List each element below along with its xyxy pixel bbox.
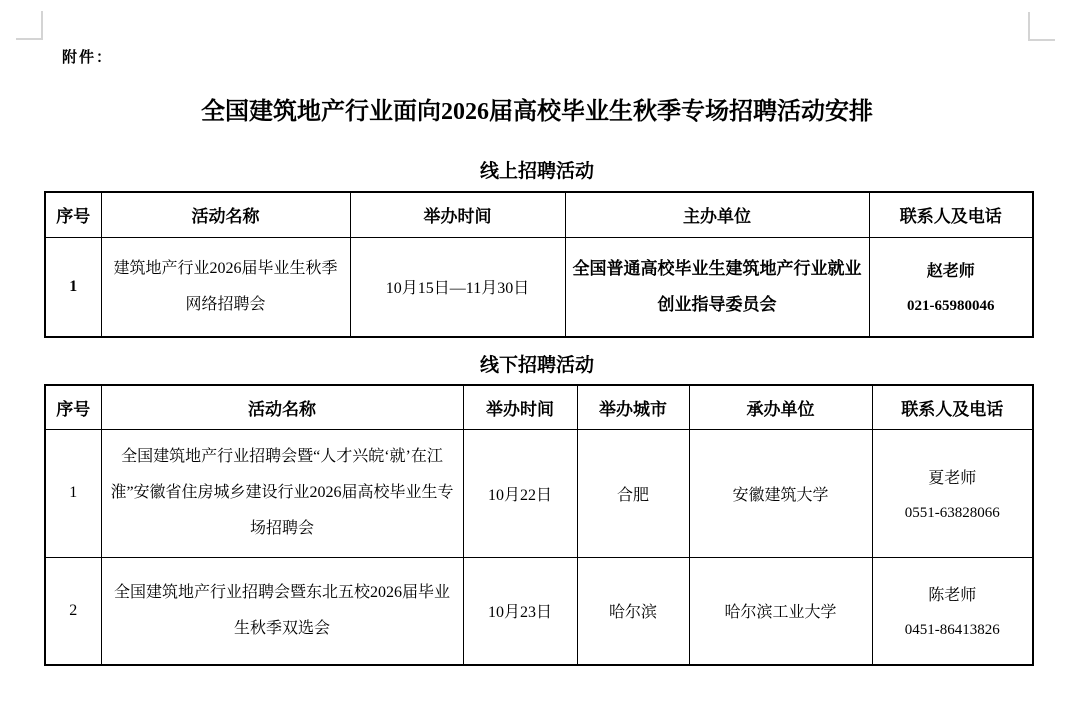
offline-row-time: 10月22日 bbox=[463, 429, 577, 557]
document-title: 全国建筑地产行业面向2026届高校毕业生秋季专场招聘活动安排 bbox=[0, 91, 1074, 126]
offline-row-time: 10月23日 bbox=[463, 557, 577, 665]
contact-name: 赵老师 bbox=[876, 258, 1027, 281]
offline-header-serial: 序号 bbox=[45, 385, 101, 429]
online-table-row: 1 建筑地产行业2026届毕业生秋季网络招聘会 10月15日—11月30日 全国… bbox=[45, 237, 1033, 337]
offline-row-activity-name: 全国建筑地产行业招聘会暨“人才兴皖‘就’在江淮”安徽省住房城乡建设行业2026届… bbox=[101, 429, 463, 557]
offline-table-row: 2 全国建筑地产行业招聘会暨东北五校2026届毕业生秋季双选会 10月23日 哈… bbox=[45, 557, 1033, 665]
contact-phone: 0451-86413826 bbox=[879, 622, 1027, 639]
offline-header-time: 举办时间 bbox=[463, 385, 577, 429]
online-header-time: 举办时间 bbox=[350, 192, 565, 237]
attachment-label: 附件： bbox=[62, 46, 1074, 67]
online-row-serial: 1 bbox=[45, 237, 101, 337]
offline-table-header-row: 序号 活动名称 举办时间 举办城市 承办单位 联系人及电话 bbox=[45, 385, 1033, 429]
online-recruitment-table: 序号 活动名称 举办时间 主办单位 联系人及电话 1 建筑地产行业2026届毕业… bbox=[44, 191, 1034, 338]
offline-header-host: 承办单位 bbox=[689, 385, 872, 429]
offline-row-activity-name: 全国建筑地产行业招聘会暨东北五校2026届毕业生秋季双选会 bbox=[101, 557, 463, 665]
online-table-header-row: 序号 活动名称 举办时间 主办单位 联系人及电话 bbox=[45, 192, 1033, 237]
offline-row-city: 哈尔滨 bbox=[577, 557, 689, 665]
offline-row-host: 安徽建筑大学 bbox=[689, 429, 872, 557]
offline-header-contact: 联系人及电话 bbox=[872, 385, 1033, 429]
online-header-contact: 联系人及电话 bbox=[869, 192, 1033, 237]
document-page: 附件： 全国建筑地产行业面向2026届高校毕业生秋季专场招聘活动安排 线上招聘活… bbox=[0, 0, 1074, 708]
online-header-activity-name: 活动名称 bbox=[101, 192, 350, 237]
offline-row-city: 合肥 bbox=[577, 429, 689, 557]
contact-phone: 021-65980046 bbox=[876, 298, 1027, 315]
margin-corner-mark-top-right bbox=[1028, 12, 1055, 41]
online-row-time: 10月15日—11月30日 bbox=[350, 237, 565, 337]
offline-row-host: 哈尔滨工业大学 bbox=[689, 557, 872, 665]
offline-header-city: 举办城市 bbox=[577, 385, 689, 429]
contact-phone: 0551-63828066 bbox=[879, 505, 1027, 522]
margin-corner-mark-top-left bbox=[16, 11, 43, 40]
online-header-serial: 序号 bbox=[45, 192, 101, 237]
online-header-organizer: 主办单位 bbox=[565, 192, 869, 237]
offline-table-row: 1 全国建筑地产行业招聘会暨“人才兴皖‘就’在江淮”安徽省住房城乡建设行业202… bbox=[45, 429, 1033, 557]
offline-row-contact: 夏老师 0551-63828066 bbox=[872, 429, 1033, 557]
contact-name: 夏老师 bbox=[879, 465, 1027, 488]
online-row-contact: 赵老师 021-65980046 bbox=[869, 237, 1033, 337]
online-row-organizer: 全国普通高校毕业生建筑地产行业就业创业指导委员会 bbox=[565, 237, 869, 337]
offline-row-serial: 2 bbox=[45, 557, 101, 665]
offline-row-serial: 1 bbox=[45, 429, 101, 557]
contact-name: 陈老师 bbox=[879, 582, 1027, 605]
offline-row-contact: 陈老师 0451-86413826 bbox=[872, 557, 1033, 665]
offline-section-heading: 线下招聘活动 bbox=[0, 350, 1074, 377]
offline-header-activity-name: 活动名称 bbox=[101, 385, 463, 429]
offline-recruitment-table: 序号 活动名称 举办时间 举办城市 承办单位 联系人及电话 1 全国建筑地产行业… bbox=[44, 384, 1034, 666]
online-section-heading: 线上招聘活动 bbox=[0, 156, 1074, 183]
online-row-activity-name: 建筑地产行业2026届毕业生秋季网络招聘会 bbox=[101, 237, 350, 337]
